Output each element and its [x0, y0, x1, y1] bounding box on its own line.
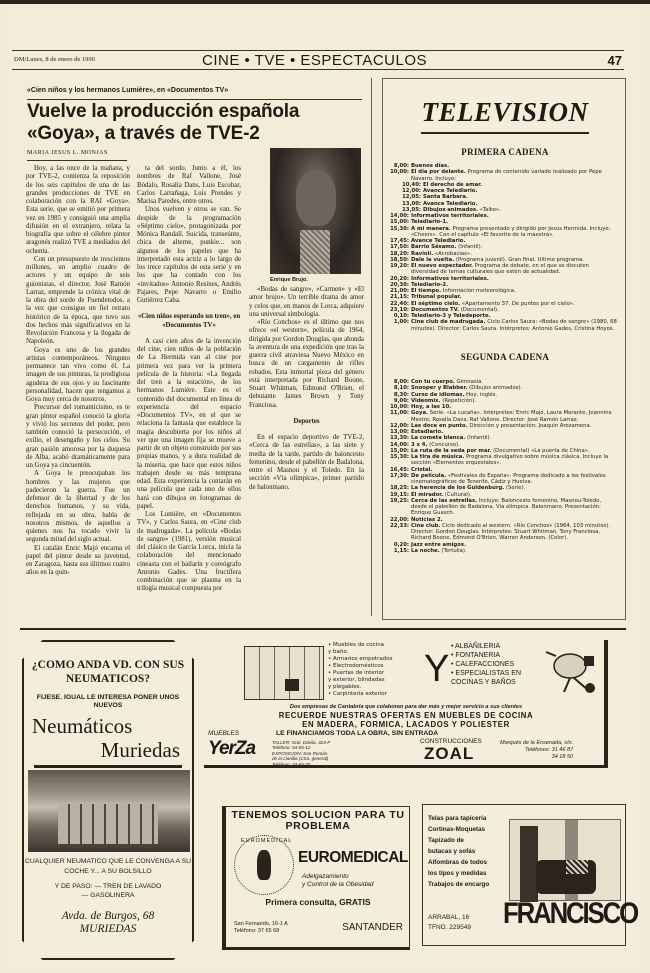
schedule-program: El día por delante. Programa de contenid…	[411, 169, 617, 182]
finance-line: LE FINANCIAMOS TODA LA OBRA, SIN ENTRADA	[276, 730, 438, 737]
ad-brand: Neumáticos	[32, 714, 132, 739]
paragraph: Goya es uno de los grandes artistas cont…	[26, 347, 130, 405]
connector-y: Y	[424, 648, 449, 691]
list-item: y plegables.	[328, 684, 393, 691]
schedule-segunda: 8,00:Con tu cuerpo. Gimnasia.8,10:Snoope…	[389, 379, 617, 554]
divider	[421, 132, 589, 134]
ad-francisco: Telas para tapiceríaCortinas-MoquetasTap…	[422, 804, 626, 946]
address-line: ARRABAL, 16	[428, 913, 471, 923]
offer-line: RECUERDE NUESTRAS OFERTAS EN MUEBLES DE …	[204, 711, 608, 720]
list-item: Tapizado de	[428, 835, 489, 846]
schedule-time: 19,20:	[389, 263, 411, 276]
cushion-shape	[566, 860, 588, 874]
ad-text-line: Y DE PASO: — TREN DE LAVADO	[24, 882, 192, 891]
schedule-program: La noche. (Tertulia).	[411, 548, 617, 554]
furniture-list: • Muebles de cocina y baño.• Armarios em…	[328, 642, 393, 698]
article-column-2: ta del sordo. Junto a él, los nombres de…	[137, 165, 241, 594]
issue-date: DM/Lunes, 8 de enero de 1990	[14, 56, 95, 63]
zoal-address: Marqués de la Ensenada, s/n.Teléfonos: 3…	[500, 740, 573, 761]
schedule-time: 19,25:	[389, 498, 411, 517]
schedule-program: A mi manera. Programa presentado y dirig…	[411, 226, 617, 239]
ad-question: ¿COMO ANDA VD. CON SUS NEUMATICOS?	[24, 658, 192, 686]
ad-address: Avda. de Burgos, 68 MURIEDAS	[24, 910, 192, 936]
yerza-logo: YerZa	[208, 738, 255, 760]
schedule-row: 19,20:El nuevo espectador. Programa de d…	[389, 263, 617, 276]
list-item: 34 18 50	[500, 754, 573, 761]
ad-address: San Fernando, 16-1 A Teléfono: 37 65 68	[234, 921, 288, 934]
phone-line: Teléfono: 37 65 68	[234, 928, 288, 935]
list-item: • Electrodomésticos	[328, 663, 393, 670]
list-item: Teléfonos: 31 46 87	[500, 747, 573, 754]
paragraph: Con un presupuesto de trescientos millon…	[26, 256, 130, 347]
list-item: • FONTANERIA	[451, 651, 521, 660]
sofa-illustration	[509, 819, 621, 901]
divider	[34, 765, 182, 768]
page-header: DM/Lunes, 8 de enero de 1990 CINE • TVE …	[12, 50, 624, 70]
list-item: Cortinas-Moquetas	[428, 824, 489, 835]
channel-heading-segunda: SEGUNDA CADENA	[383, 352, 627, 362]
subtitle-line: y Control de la Obesidad	[302, 881, 374, 889]
subheading: «Cien niños esperando un tren», en «Docu…	[137, 313, 241, 330]
list-item: • ESPECIALISTAS EN	[451, 669, 521, 678]
ad-brand: EUROMEDICAL	[298, 849, 408, 867]
divider	[27, 99, 362, 100]
schedule-row: 19,25:Cerca de las estrellas. Incluye: B…	[389, 498, 617, 517]
list-item: • Carpintería exterior	[328, 691, 393, 698]
ad-neumaticos-muriedas: ¿COMO ANDA VD. CON SUS NEUMATICOS? FIJES…	[22, 640, 194, 960]
article-byline: MARIA JESUS L. MONJAS	[27, 150, 108, 156]
silhouette-icon	[257, 850, 271, 880]
schedule-program: Cine club de madrugada. Ciclo Carlos Sau…	[411, 319, 617, 332]
article-column-1: Hoy, a las once de la mañana, y por TVE-…	[26, 165, 130, 578]
yerza-address: TALLER: Gral. Dávila, 324-FTeléfono: 34-…	[272, 740, 330, 767]
list-item: butacas y sofás	[428, 846, 489, 857]
schedule-time: 1,15:	[389, 548, 411, 554]
page-number: 47	[608, 53, 622, 68]
schedule-time: 11,00:	[389, 410, 411, 423]
list-item: y baño.	[328, 649, 393, 656]
schedule-row: 1,15:La noche. (Tertulia).	[389, 548, 617, 554]
ad-brand: Muriedas	[101, 738, 180, 763]
schedule-program: De película. «Festivales de España». Pro…	[411, 473, 617, 486]
divider	[27, 160, 127, 161]
ad-city: SANTANDER	[342, 922, 403, 933]
euromedical-seal: EUROMEDICAL	[234, 835, 294, 895]
channel-heading-primera: PRIMERA CADENA	[383, 147, 627, 157]
construction-list: • ALBAÑILERIA• FONTANERIA• CALEFACCIONES…	[451, 642, 521, 687]
cement-mixer-icon	[544, 650, 600, 694]
paragraph: El catalán Enric Majó encarna el papel d…	[26, 545, 130, 578]
seal-text: EUROMEDICAL	[241, 838, 292, 844]
schedule-time: 15,30:	[389, 226, 411, 239]
schedule-row: 22,33:Cine club. Ciclo dedicado al weste…	[389, 523, 617, 542]
scan-top-edge	[0, 0, 650, 4]
list-item: • Armarios empotrados	[328, 656, 393, 663]
portrait-photo	[270, 148, 361, 274]
garage-photo	[28, 770, 190, 852]
paragraph: En el espacio deportivo de TVE-2, «Cerca…	[249, 434, 364, 492]
tv-title: TELEVISION	[383, 97, 627, 128]
address-line: Avda. de Burgos, 68	[24, 910, 192, 923]
ad-subtitle: FIJESE. IGUAL LE INTERESA PONER UNOS NUE…	[24, 694, 192, 710]
list-item: • CALEFACCIONES	[451, 660, 521, 669]
schedule-primera: 8,00:Buenos días.10,00:El día por delant…	[389, 163, 617, 332]
offer-line: EN MADERA, FORMICA, LACADOS Y POLIESTER	[204, 720, 608, 729]
schedule-program: Goya. Serie. «La cucaña». Intérpretes: E…	[411, 410, 617, 423]
article-headline: Vuelve la producción española «Goya», a …	[27, 101, 367, 145]
list-item: COCINAS Y BAÑOS	[451, 678, 521, 687]
kitchen-illustration	[244, 646, 324, 700]
ad-offer: Primera consulta, GRATIS	[226, 897, 410, 907]
services-list: Telas para tapiceríaCortinas-MoquetasTap…	[428, 813, 489, 890]
schedule-row: 17,30:De película. «Festivales de España…	[389, 473, 617, 486]
zoal-logo: ZOAL	[424, 744, 474, 764]
schedule-time: 17,30:	[389, 473, 411, 486]
photo-collar	[300, 230, 330, 274]
schedule-row: 15,30:A mi manera. Programa presentado y…	[389, 226, 617, 239]
schedule-program: Cerca de las estrellas. Incluye: Balonce…	[411, 498, 617, 517]
photo-face	[296, 170, 336, 226]
schedule-time: 10,00:	[389, 169, 411, 182]
subheading: Deportes	[249, 418, 364, 426]
subtitle-line: Adelgazamiento	[302, 873, 374, 881]
paragraph: A Goya le preocupaban los hombres y las …	[26, 470, 130, 544]
list-item: y exterior, blindadas	[328, 677, 393, 684]
tv-listings-box: TELEVISION PRIMERA CADENA 8,00:Buenos dí…	[382, 78, 626, 620]
list-item: • Puertas de interior	[328, 670, 393, 677]
oven-icon	[285, 679, 299, 691]
list-item: Telas para tapicería	[428, 813, 489, 824]
address-line: San Fernando, 16-1 A	[234, 921, 288, 928]
list-item: de la Llanilla (Ctra. general)	[272, 756, 330, 761]
francisco-logo: FRANCISCO	[503, 897, 637, 931]
schedule-program: Cine club. Ciclo dedicado al western. «R…	[411, 523, 617, 542]
schedule-time: 1,00:	[389, 319, 411, 332]
address-line: MURIEDAS	[24, 923, 192, 936]
list-item: • Muebles de cocina	[328, 642, 393, 649]
schedule-program: La tira de música. Programa divulgativo …	[411, 454, 617, 467]
article-column-3: «Bodas de sangre», «Carmen» y «El amor b…	[249, 286, 364, 492]
section-divider	[20, 628, 626, 630]
ad-address: ARRABAL, 16 TFNO. 229549	[428, 913, 471, 933]
list-item: Marqués de la Ensenada, s/n.	[500, 740, 573, 747]
paragraph: A casi cien años de la invención del cin…	[137, 338, 241, 511]
paragraph: Hoy, a las once de la mañana, y por TVE-…	[26, 165, 130, 256]
paragraph: Los Lumière, en «Documentos TV», y Carlo…	[137, 511, 241, 594]
ad-yerza-zoal: • Muebles de cocina y baño.• Armarios em…	[204, 640, 608, 768]
paragraph: «Río Conchos» es el último que nos ofrec…	[249, 319, 364, 410]
schedule-row: 1,00:Cine club de madrugada. Ciclo Carlo…	[389, 319, 617, 332]
ad-text: Y DE PASO: — TREN DE LAVADO — GASOLINERA	[24, 882, 192, 900]
photo-caption: Enrique Brujo.	[270, 277, 308, 283]
paragraph: ta del sordo. Junto a él, los nombres de…	[137, 165, 241, 206]
ad-text-line: — GASOLINERA	[24, 891, 192, 900]
schedule-time: 15,30:	[389, 454, 411, 467]
phone-line: TFNO. 229549	[428, 923, 471, 933]
schedule-row: 15,30:La tira de música. Programa divulg…	[389, 454, 617, 467]
article-kicker: «Cien niños y los hermanos Lumière», en …	[27, 87, 228, 94]
list-item: Trabajos de encargo	[428, 879, 489, 890]
section-title: CINE • TVE • ESPECTACULOS	[202, 52, 427, 69]
list-item: los tipos y medidas	[428, 868, 489, 879]
schedule-time: 22,33:	[389, 523, 411, 542]
muebles-label: MUEBLES	[208, 730, 239, 737]
paragraph: Precursor del romanticismo, es te gran p…	[26, 404, 130, 470]
ad-text: CUALQUIER NEUMATICO QUE LE CONVENGA A SU…	[24, 857, 192, 877]
schedule-program: El nuevo espectador. Programa de debate,…	[411, 263, 617, 276]
list-item: Teléfono: 34-65-75	[272, 762, 330, 767]
photo-window	[58, 804, 158, 844]
list-item: • ALBAÑILERIA	[451, 642, 521, 651]
ad-subtitle: Adelgazamiento y Control de la Obesidad	[302, 873, 374, 889]
paragraph: «Bodas de sangre», «Carmen» y «El amor b…	[249, 286, 364, 319]
schedule-row: 10,00:El día por delante. Programa de co…	[389, 169, 617, 182]
list-item: Alfombras de todos	[428, 857, 489, 868]
ad-headline: TENEMOS SOLUCION PARA TU PROBLEMA	[226, 810, 410, 832]
ad-offer: RECUERDE NUESTRAS OFERTAS EN MUEBLES DE …	[204, 711, 608, 729]
ad-euromedical: TENEMOS SOLUCION PARA TU PROBLEMA EUROME…	[222, 806, 410, 950]
paragraph: Unos vuelven y otros se van. Se despide …	[137, 206, 241, 305]
goya-article: «Cien niños y los hermanos Lumière», en …	[20, 78, 372, 616]
schedule-row: 11,00:Goya. Serie. «La cucaña». Intérpre…	[389, 410, 617, 423]
ad-tagline: Dos empresas de Cantabria que colaboran …	[204, 704, 608, 710]
